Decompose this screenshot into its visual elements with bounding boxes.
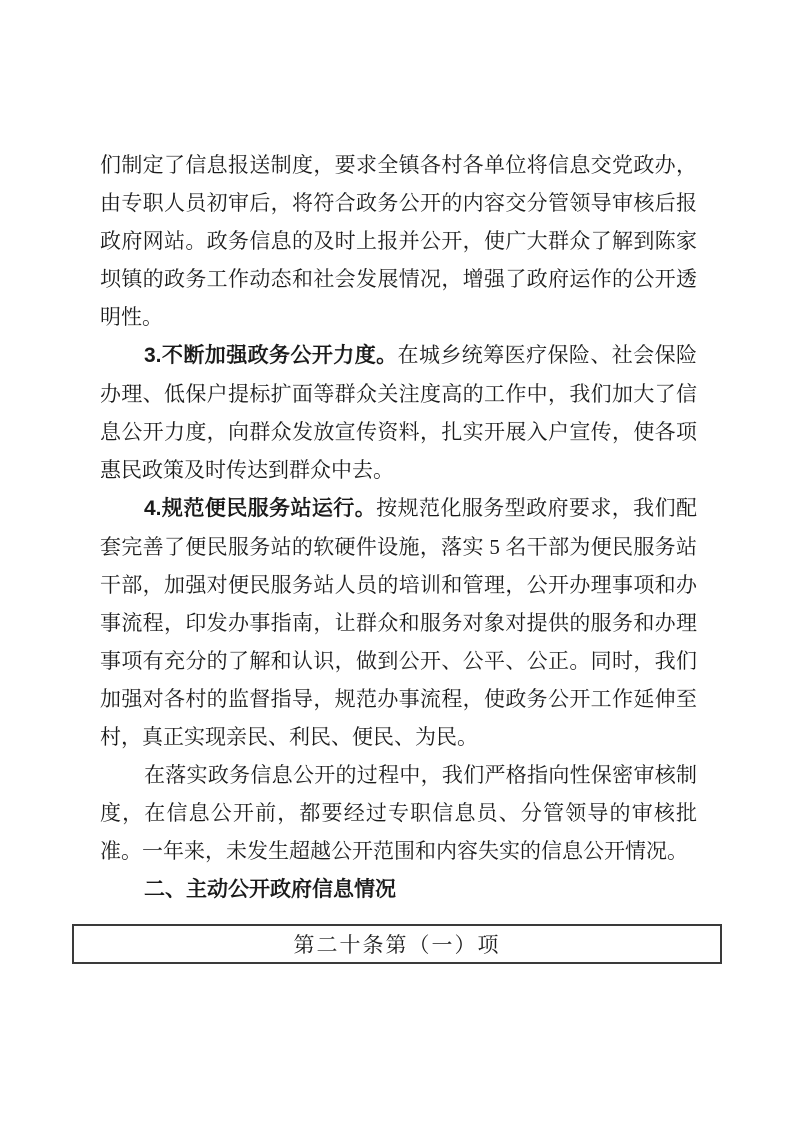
paragraph: 们制定了信息报送制度，要求全镇各村各单位将信息交党政办，由专职人员初审后，将符合… <box>100 146 697 336</box>
document-body: 们制定了信息报送制度，要求全镇各村各单位将信息交党政办，由专职人员初审后，将符合… <box>100 146 697 909</box>
bold-text-run: 4.规范便民服务站运行。 <box>144 497 376 520</box>
article-reference-text: 第二十条第（一）项 <box>294 929 501 959</box>
paragraph: 3.不断加强政务公开力度。在城乡统筹医疗保险、社会保险办理、低保户提标扩面等群众… <box>100 336 697 489</box>
paragraph: 4.规范便民服务站运行。按规范化服务型政府要求，我们配套完善了便民服务站的软硬件… <box>100 489 697 756</box>
paragraph: 在落实政务信息公开的过程中，我们严格指向性保密审核制度，在信息公开前，都要经过专… <box>100 756 697 870</box>
article-reference-box: 第二十条第（一）项 <box>72 924 722 964</box>
section-heading: 二、主动公开政府信息情况 <box>100 870 697 909</box>
text-run: 按规范化服务型政府要求，我们配套完善了便民服务站的软硬件设施，落实 5 名干部为… <box>100 496 697 749</box>
text-run: 在落实政务信息公开的过程中，我们严格指向性保密审核制度，在信息公开前，都要经过专… <box>100 763 697 863</box>
bold-text-run: 二、主动公开政府信息情况 <box>144 878 396 901</box>
document-page: 们制定了信息报送制度，要求全镇各村各单位将信息交党政办，由专职人员初审后，将符合… <box>0 0 793 1122</box>
text-run: 们制定了信息报送制度，要求全镇各村各单位将信息交党政办，由专职人员初审后，将符合… <box>100 153 697 329</box>
bold-text-run: 3.不断加强政务公开力度。 <box>144 344 398 367</box>
